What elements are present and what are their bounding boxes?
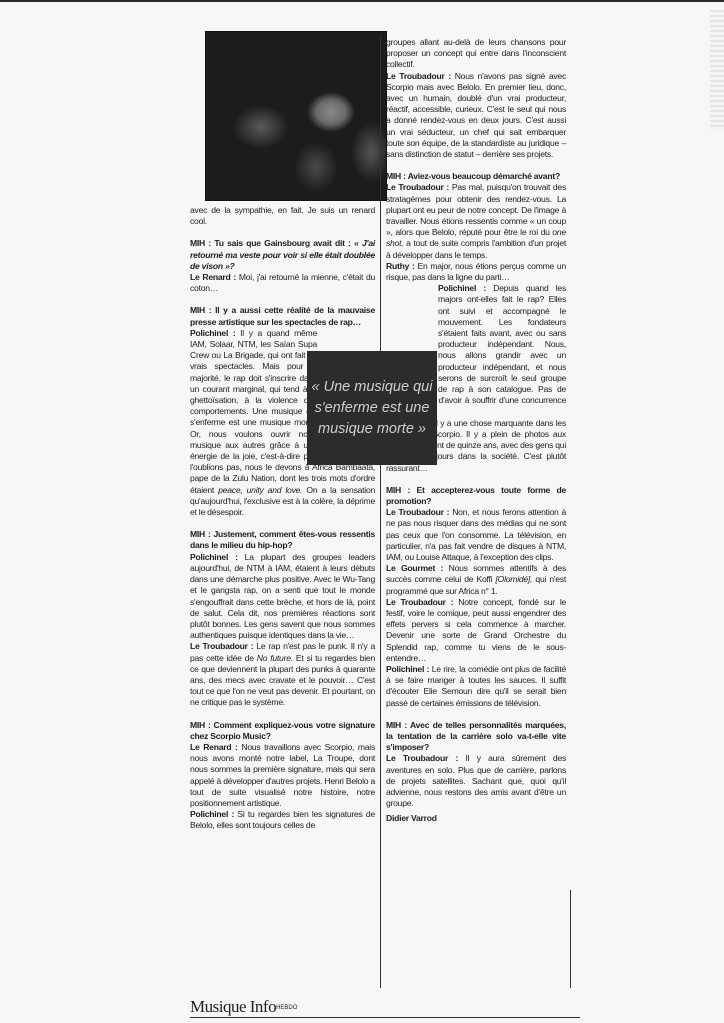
answer: Polichinel : Le rire, la comédie ont plu… <box>386 664 566 709</box>
right-column-border <box>570 890 571 988</box>
question: MIH : Avec de telles personnalités marqu… <box>386 720 566 754</box>
paragraph: avec de la sympathie, en fait. Je suis u… <box>190 205 375 227</box>
group-photo <box>205 31 387 201</box>
answer: Le Troubadour : Il y aura sûrement des a… <box>386 753 566 809</box>
question: MIH : Comment expliquez-vous votre signa… <box>190 720 375 742</box>
question: MIH : Justement, comment êtes-vous resse… <box>190 529 375 551</box>
question: MIH : Et accepterez-vous toute forme de … <box>386 485 566 507</box>
answer: Le Troubadour : Le rap n'est pas le punk… <box>190 641 375 708</box>
answer: Le Renard : Moi, j'ai retourné la mienne… <box>190 272 375 294</box>
answer: Le Troubadour : Notre concept, fondé sur… <box>386 597 566 664</box>
byline: Didier Varrod <box>386 813 566 824</box>
page-top-edge <box>0 0 724 2</box>
scan-edge-artifact <box>710 10 724 130</box>
publication-logo: Musique Info <box>190 997 276 1016</box>
pull-quote-text: « Une musique qui s'enferme est une musi… <box>311 377 433 440</box>
answer: Le Troubadour : Nous n'avons pas signé a… <box>386 71 566 161</box>
answer: Polichinel : La plupart des groupes lead… <box>190 552 375 642</box>
question: MIH : Aviez-vous beaucoup démarché avant… <box>386 171 566 182</box>
answer: Polichinel : Si tu regardes bien les sig… <box>190 809 375 831</box>
answer: Le Renard : Nous travaillons avec Scorpi… <box>190 742 375 809</box>
column-divider <box>380 36 381 988</box>
footer: Musique InfoHEBDO <box>190 997 580 1018</box>
publication-logo-suffix: HEBDO <box>276 1005 297 1011</box>
answer: Le Troubadour : Pas mal, puisqu'on trouv… <box>386 182 566 260</box>
answer: Le Gourmet : Nous sommes attentifs à des… <box>386 563 566 597</box>
question: MIH : Tu sais que Gainsbourg avait dit :… <box>190 238 375 272</box>
question: MIH : Il y a aussi cette réalité de la m… <box>190 305 375 327</box>
answer: Ruthy : En major, nous étions perçus com… <box>386 261 566 283</box>
pull-quote: « Une musique qui s'enferme est une musi… <box>307 351 437 465</box>
paragraph: groupes allant au-delà de leurs chansons… <box>386 37 566 71</box>
answer: Le Troubadour : Non, et nous ferons atte… <box>386 507 566 563</box>
